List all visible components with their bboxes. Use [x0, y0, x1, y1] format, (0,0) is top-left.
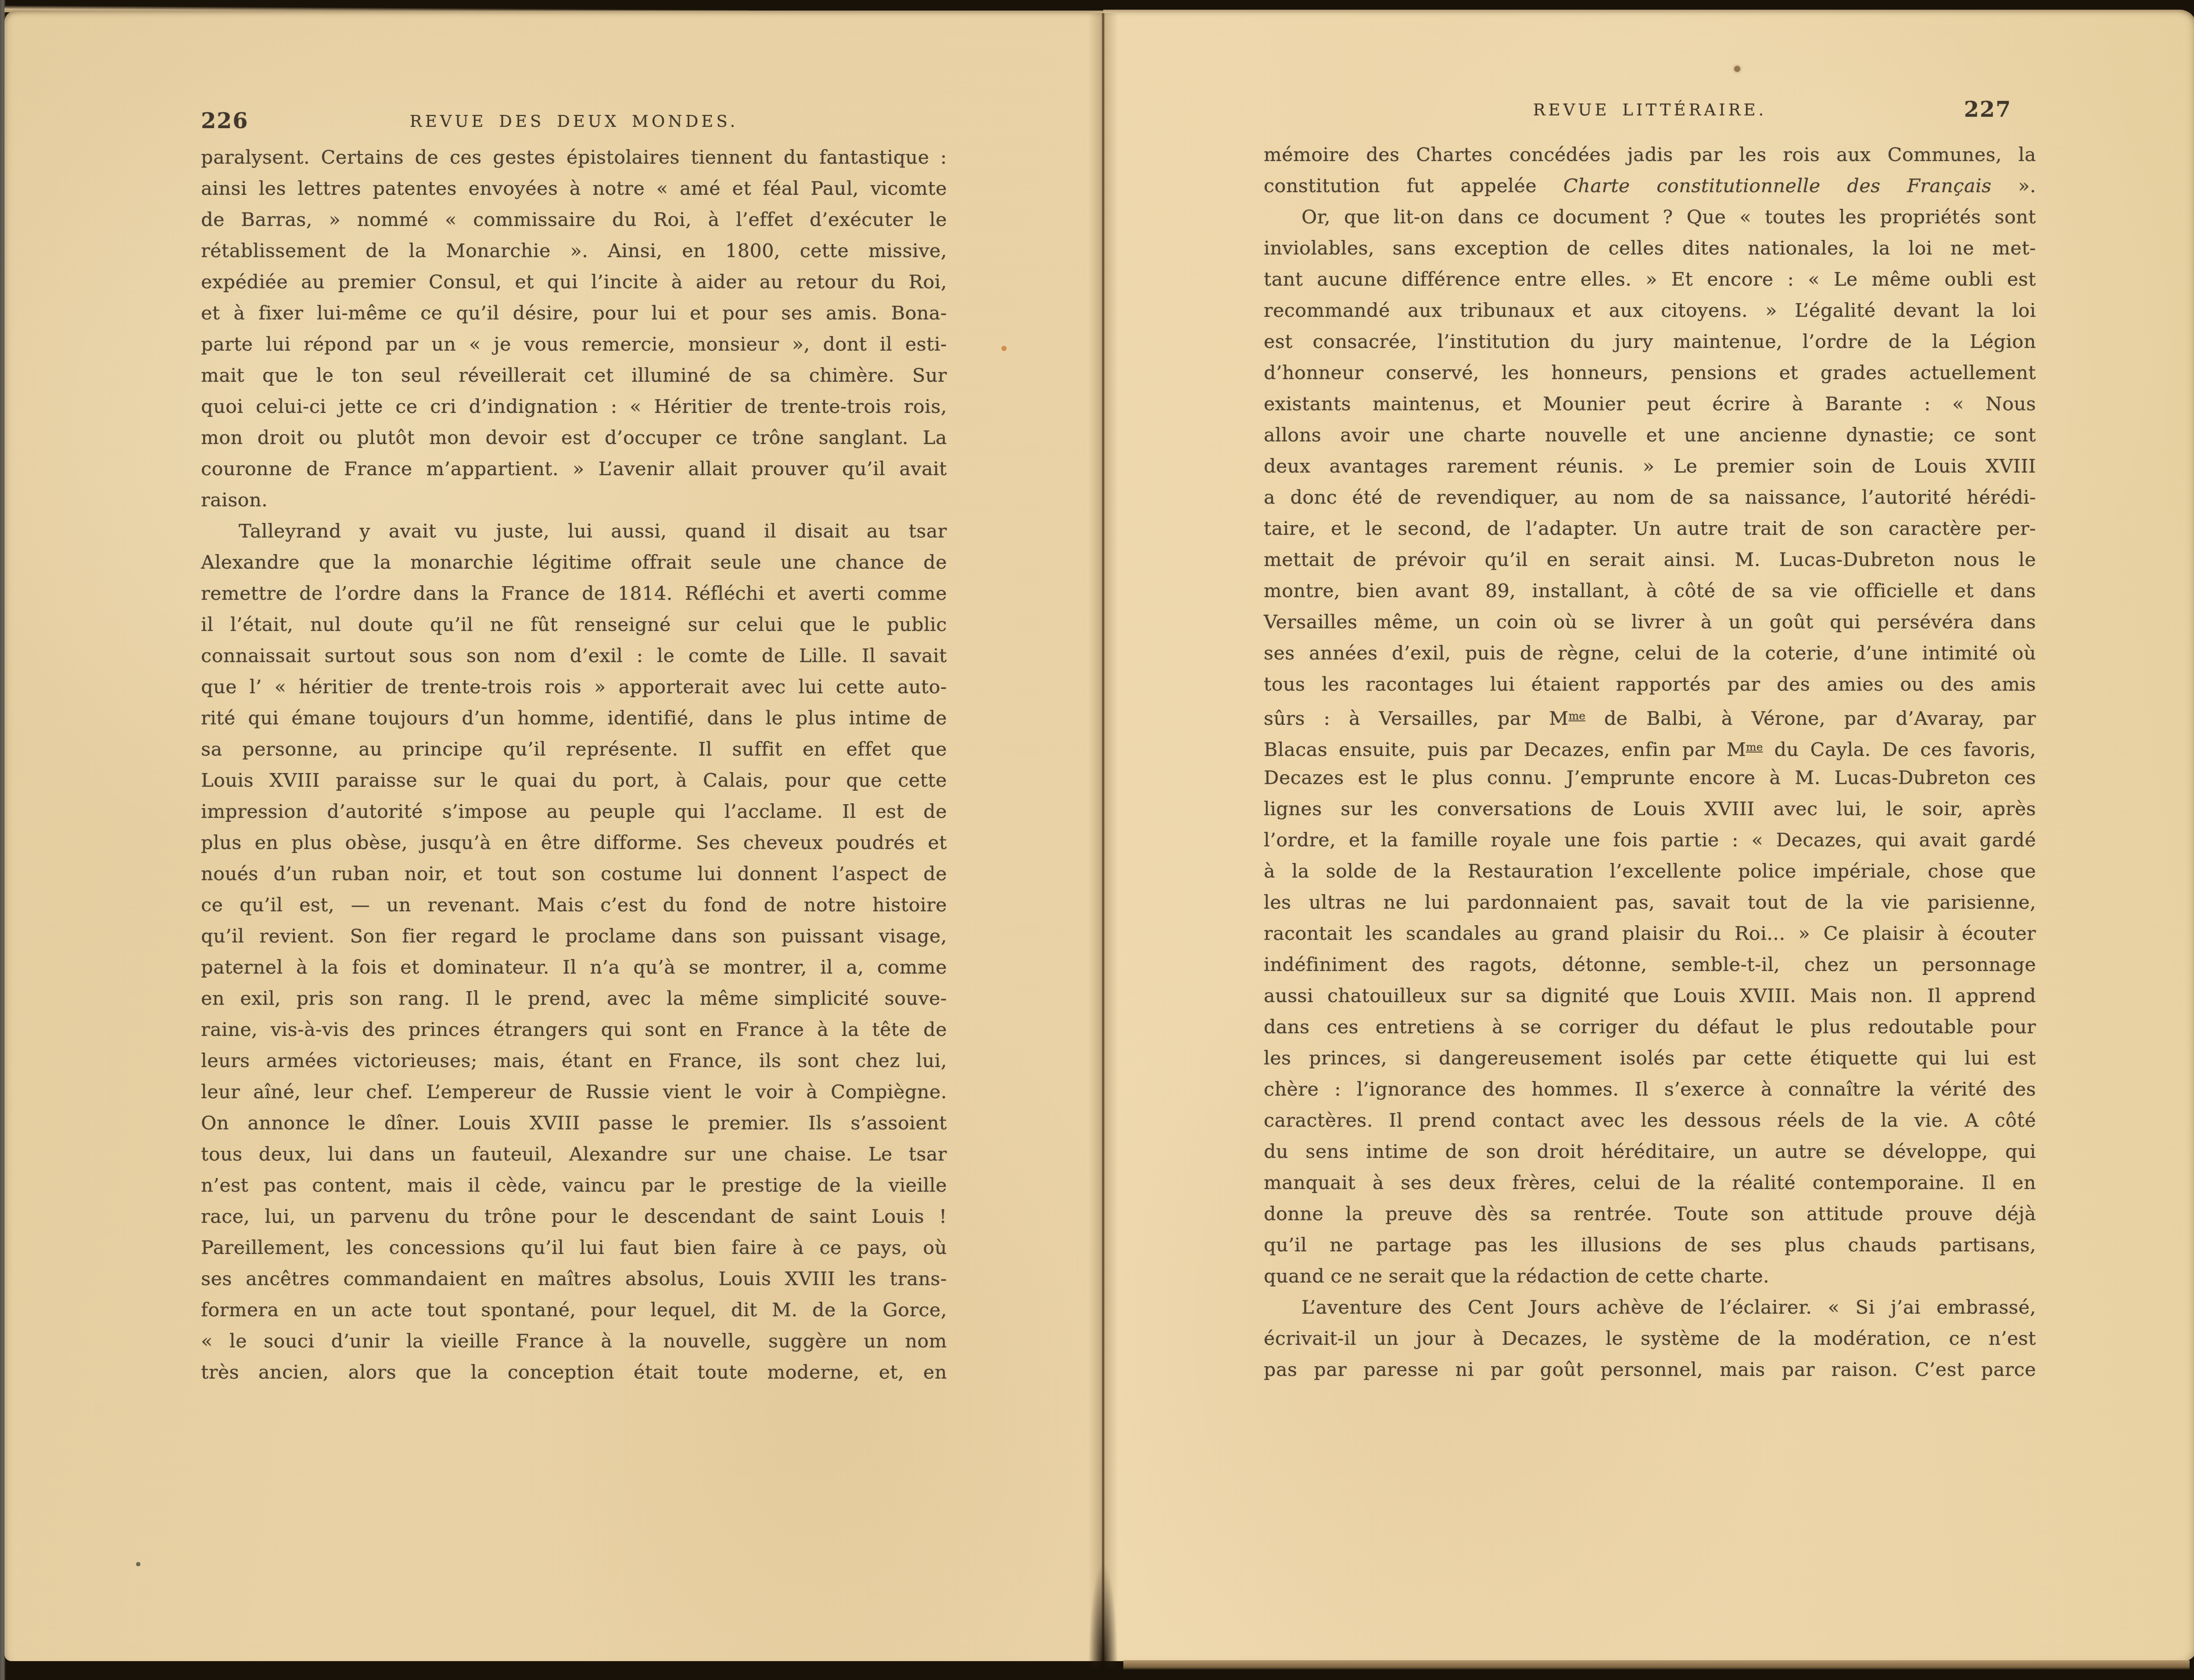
text-run: il l’était, nul doute qu’il ne fût rense…: [201, 614, 947, 636]
text-line: leur aîné, leur chef. L’empereur de Russ…: [201, 1077, 947, 1108]
text-run: Decazes est le plus connu. J’emprunte en…: [1264, 767, 2036, 789]
text-run: impression d’autorité s’impose au peuple…: [201, 801, 947, 823]
text-line: leurs armées victorieuses; mais, étant e…: [201, 1046, 947, 1077]
text-run: en exil, pris son rang. Il le prend, ave…: [201, 988, 947, 1010]
text-run: ainsi les lettres patentes envoyées à no…: [201, 178, 947, 200]
text-run: rétablissement de la Monarchie ». Ainsi,…: [201, 240, 947, 262]
text-run: leur aîné, leur chef. L’empereur de Russ…: [201, 1081, 947, 1103]
text-line: ses ancêtres commandaient en maîtres abs…: [201, 1264, 947, 1295]
text-line: montre, bien avant 89, installant, à côt…: [1264, 576, 2036, 607]
foxing-speck: [1734, 66, 1740, 72]
text-run: rité qui émane toujours d’un homme, iden…: [201, 707, 947, 729]
text-line: du sens intime de son droit héréditaire,…: [1264, 1136, 2036, 1168]
text-run: écrivait-il un jour à Decazes, le systèm…: [1264, 1328, 2036, 1350]
text-line: Alexandre que la monarchie légitime offr…: [201, 547, 947, 578]
text-line: Pareillement, les concessions qu’il lui …: [201, 1232, 947, 1264]
text-line: expédiée au premier Consul, et qui l’inc…: [201, 267, 947, 298]
text-line: rité qui émane toujours d’un homme, iden…: [201, 703, 947, 734]
text-line: Blacas ensuite, puis par Decazes, enfin …: [1264, 731, 2036, 763]
text-line: les princes, si dangereusement isolés pa…: [1264, 1043, 2036, 1074]
text-line: Talleyrand y avait vu juste, lui aussi, …: [201, 516, 947, 547]
text-run: a donc été de revendiquer, au nom de sa …: [1264, 487, 2036, 509]
text-line: qu’il ne partage pas les illusions de se…: [1264, 1230, 2036, 1261]
text-line: deux avantages rarement réunis. » Le pre…: [1264, 451, 2036, 482]
text-run: ce qu’il est, — un revenant. Mais c’est …: [201, 894, 947, 916]
text-run: de Barras, » nommé « commissaire du Roi,…: [201, 209, 947, 231]
text-run: parte lui répond par un « je vous remerc…: [201, 333, 947, 355]
text-line: les ultras ne lui pardonnaient pas, sava…: [1264, 887, 2036, 918]
text-run: et à fixer lui-même ce qu’il désire, pou…: [201, 302, 947, 324]
text-line: mait que le ton seul réveillerait cet il…: [201, 360, 947, 391]
text-line: On annonce le dîner. Louis XVIII passe l…: [201, 1108, 947, 1139]
text-run: aussi chatouilleux sur sa dignité que Lo…: [1264, 985, 2036, 1007]
text-run: Blacas ensuite, puis par Decazes, enfin …: [1264, 739, 1746, 761]
text-line: racontait les scandales au grand plaisir…: [1264, 918, 2036, 949]
text-line: à la solde de la Restauration l’excellen…: [1264, 856, 2036, 887]
running-title-left: REVUE DES DEUX MONDES.: [201, 112, 947, 131]
foxing-speck: [136, 1562, 140, 1566]
text-line: race, lui, un parvenu du trône pour le d…: [201, 1201, 947, 1232]
text-line: existants maintenus, et Mounier peut écr…: [1264, 389, 2036, 420]
text-line: sûrs : à Versailles, par Mme de Balbi, à…: [1264, 700, 2036, 731]
text-line: que l’ « héritier de trente-trois rois »…: [201, 672, 947, 703]
text-run: existants maintenus, et Mounier peut écr…: [1264, 393, 2036, 415]
text-run: Talleyrand y avait vu juste, lui aussi, …: [239, 520, 947, 542]
text-line: indéfiniment des ragots, détonne, semble…: [1264, 949, 2036, 981]
text-run: « le souci d’unir la vieille France à la…: [201, 1330, 947, 1352]
text-run: formera en un acte tout spontané, pour l…: [201, 1299, 947, 1321]
text-run: connaissait surtout sous son nom d’exil …: [201, 645, 947, 667]
text-line: aussi chatouilleux sur sa dignité que Lo…: [1264, 981, 2036, 1012]
text-line: mettait de prévoir qu’il en serait ainsi…: [1264, 544, 2036, 576]
book-photo: 226 REVUE DES DEUX MONDES. paralysent. C…: [0, 0, 2194, 1680]
text-run: quoi celui-ci jette ce cri d’indignation…: [201, 396, 947, 418]
text-run: noués d’un ruban noir, et tout son costu…: [201, 863, 947, 885]
text-run: Louis XVIII paraisse sur le quai du port…: [201, 770, 947, 792]
text-run: couronne de France m’appartient. » L’ave…: [201, 458, 947, 480]
text-run: On annonce le dîner. Louis XVIII passe l…: [201, 1112, 947, 1134]
text-line: Or, que lit-on dans ce document ? Que « …: [1264, 202, 2036, 233]
text-line: tant aucune différence entre elles. » Et…: [1264, 264, 2036, 295]
text-line: raison.: [201, 485, 947, 516]
text-run: constitution fut appelée: [1264, 175, 1563, 197]
text-line: ses années d’exil, puis de règne, celui …: [1264, 638, 2036, 669]
text-line: connaissait surtout sous son nom d’exil …: [201, 641, 947, 672]
text-run: les princes, si dangereusement isolés pa…: [1264, 1047, 2036, 1069]
text-run: l’ordre, et la famille royale une fois p…: [1264, 829, 2036, 851]
text-run: L’aventure des Cent Jours achève de l’éc…: [1301, 1297, 2036, 1318]
text-run: raison.: [201, 489, 268, 511]
text-line: plus en plus obèse, jusqu’à en être diff…: [201, 827, 947, 859]
text-line: impression d’autorité s’impose au peuple…: [201, 796, 947, 827]
text-line: recommandé aux tribunaux et aux citoyens…: [1264, 295, 2036, 326]
stacked-page-edges-bottom: [1123, 1660, 2190, 1670]
book-gutter: [1088, 13, 1118, 1667]
text-run: deux avantages rarement réunis. » Le pre…: [1264, 455, 2036, 477]
text-run: du Cayla. De ces favoris,: [1763, 739, 2036, 761]
text-run: pas par paresse ni par goût personnel, m…: [1264, 1359, 2036, 1381]
text-line: « le souci d’unir la vieille France à la…: [201, 1326, 947, 1357]
text-run: très ancien, alors que la conception éta…: [201, 1361, 947, 1383]
text-line: mémoire des Chartes concédées jadis par …: [1264, 140, 2036, 171]
text-line: très ancien, alors que la conception éta…: [201, 1357, 947, 1388]
text-run: de Balbi, à Vérone, par d’Avaray, par: [1585, 708, 2036, 730]
text-run: qu’il ne partage pas les illusions de se…: [1264, 1234, 2036, 1256]
text-line: mon droit ou plutôt mon devoir est d’occ…: [201, 423, 947, 454]
left-page: 226 REVUE DES DEUX MONDES. paralysent. C…: [4, 11, 1103, 1661]
text-run: montre, bien avant 89, installant, à côt…: [1264, 580, 2036, 602]
running-title-right: REVUE LITTÉRAIRE.: [1264, 100, 2036, 119]
text-run: caractères. Il prend contact avec les de…: [1264, 1110, 2036, 1132]
text-line: inviolables, sans exception de celles di…: [1264, 233, 2036, 264]
text-line: qu’il revient. Son fier regard le procla…: [201, 921, 947, 952]
text-run: ».: [1992, 175, 2036, 197]
text-line: donne la preuve dès sa rentrée. Toute so…: [1264, 1199, 2036, 1230]
text-run: paternel à la fois et dominateur. Il n’a…: [201, 956, 947, 978]
text-run: tous deux, lui dans un fauteuil, Alexand…: [201, 1143, 947, 1165]
text-run: allons avoir une charte nouvelle et une …: [1264, 424, 2036, 446]
text-run: sûrs : à Versailles, par M: [1264, 708, 1569, 730]
text-line: L’aventure des Cent Jours achève de l’éc…: [1264, 1292, 2036, 1323]
text-line: allons avoir une charte nouvelle et une …: [1264, 420, 2036, 451]
text-line: tous les racontages lui étaient rapporté…: [1264, 669, 2036, 700]
text-line: constitution fut appelée Charte constitu…: [1264, 171, 2036, 202]
text-line: ainsi les lettres patentes envoyées à no…: [201, 173, 947, 204]
text-run: race, lui, un parvenu du trône pour le d…: [201, 1206, 947, 1228]
text-line: dans ces entretiens à se corriger du déf…: [1264, 1012, 2036, 1043]
text-line: chère : l’ignorance des hommes. Il s’exe…: [1264, 1074, 2036, 1105]
text-run: taire, et le second, de l’adapter. Un au…: [1264, 518, 2036, 540]
text-line: Decazes est le plus connu. J’emprunte en…: [1264, 763, 2036, 794]
text-run: mettait de prévoir qu’il en serait ainsi…: [1264, 549, 2036, 571]
left-running-head: 226 REVUE DES DEUX MONDES.: [201, 108, 947, 139]
text-run: Pareillement, les concessions qu’il lui …: [201, 1237, 947, 1259]
text-line: Versailles même, un coin où se livrer à …: [1264, 607, 2036, 638]
text-line: sa personne, au principe qu’il représent…: [201, 734, 947, 765]
text-line: et à fixer lui-même ce qu’il désire, pou…: [201, 298, 947, 329]
text-run: n’est pas content, mais il cède, vaincu …: [201, 1175, 947, 1196]
text-line: taire, et le second, de l’adapter. Un au…: [1264, 513, 2036, 544]
text-line: manquait à ses deux frères, celui de la …: [1264, 1168, 2036, 1199]
text-line: écrivait-il un jour à Decazes, le systèm…: [1264, 1323, 2036, 1354]
superscript-text: me: [1746, 741, 1763, 753]
text-line: l’ordre, et la famille royale une fois p…: [1264, 825, 2036, 856]
text-line: d’honneur conservé, les honneurs, pensio…: [1264, 358, 2036, 389]
foxing-speck: [1001, 346, 1007, 351]
text-line: raine, vis-à-vis des princes étrangers q…: [201, 1014, 947, 1046]
text-line: quand ce ne serait que la rédaction de c…: [1264, 1261, 2036, 1292]
text-run: quand ce ne serait que la rédaction de c…: [1264, 1265, 1769, 1287]
superscript-text: me: [1569, 709, 1585, 722]
text-run: indéfiniment des ragots, détonne, semble…: [1264, 954, 2036, 976]
text-run: dans ces entretiens à se corriger du déf…: [1264, 1016, 2036, 1038]
text-line: de Barras, » nommé « commissaire du Roi,…: [201, 204, 947, 236]
page-number-right: 227: [1964, 97, 2011, 122]
left-text-column: paralysent. Certains de ces gestes épist…: [201, 142, 947, 1388]
text-line: formera en un acte tout spontané, pour l…: [201, 1295, 947, 1326]
text-run: que l’ « héritier de trente-trois rois »…: [201, 676, 947, 698]
text-run: mon droit ou plutôt mon devoir est d’occ…: [201, 427, 947, 449]
text-run: mait que le ton seul réveillerait cet il…: [201, 365, 947, 387]
text-line: remettre de l’ordre dans la France de 18…: [201, 578, 947, 609]
text-line: rétablissement de la Monarchie ». Ainsi,…: [201, 236, 947, 267]
text-run: donne la preuve dès sa rentrée. Toute so…: [1264, 1203, 2036, 1225]
right-page: REVUE LITTÉRAIRE. 227 mémoire des Charte…: [1103, 10, 2194, 1661]
text-run: lignes sur les conversations de Louis XV…: [1264, 798, 2036, 820]
text-run: paralysent. Certains de ces gestes épist…: [201, 147, 947, 168]
text-run: leurs armées victorieuses; mais, étant e…: [201, 1050, 947, 1072]
text-run: Alexandre que la monarchie légitime offr…: [201, 552, 947, 573]
text-run: expédiée au premier Consul, et qui l’inc…: [201, 271, 947, 293]
text-run: recommandé aux tribunaux et aux citoyens…: [1264, 300, 2036, 322]
text-run: qu’il revient. Son fier regard le procla…: [201, 925, 947, 947]
text-run: remettre de l’ordre dans la France de 18…: [201, 583, 947, 605]
text-run: ses ancêtres commandaient en maîtres abs…: [201, 1268, 947, 1290]
text-line: n’est pas content, mais il cède, vaincu …: [201, 1170, 947, 1201]
text-run: tant aucune différence entre elles. » Et…: [1264, 269, 2036, 290]
text-run: tous les racontages lui étaient rapporté…: [1264, 673, 2036, 695]
text-run: est consacrée, l’institution du jury mai…: [1264, 331, 2036, 353]
text-run: sa personne, au principe qu’il représent…: [201, 738, 947, 760]
text-line: parte lui répond par un « je vous remerc…: [201, 329, 947, 360]
text-line: paternel à la fois et dominateur. Il n’a…: [201, 952, 947, 983]
text-run: du sens intime de son droit héréditaire,…: [1264, 1141, 2036, 1163]
right-running-head: REVUE LITTÉRAIRE. 227: [1264, 97, 2036, 127]
text-run: manquait à ses deux frères, celui de la …: [1264, 1172, 2036, 1194]
text-run: Or, que lit-on dans ce document ? Que « …: [1301, 206, 2036, 228]
text-line: en exil, pris son rang. Il le prend, ave…: [201, 983, 947, 1014]
text-line: noués d’un ruban noir, et tout son costu…: [201, 859, 947, 890]
text-run: inviolables, sans exception de celles di…: [1264, 237, 2036, 259]
text-line: lignes sur les conversations de Louis XV…: [1264, 794, 2036, 825]
text-run: racontait les scandales au grand plaisir…: [1264, 923, 2036, 945]
text-line: pas par paresse ni par goût personnel, m…: [1264, 1354, 2036, 1386]
text-line: ce qu’il est, — un revenant. Mais c’est …: [201, 890, 947, 921]
text-run: mémoire des Chartes concédées jadis par …: [1264, 144, 2036, 166]
text-line: paralysent. Certains de ces gestes épist…: [201, 142, 947, 173]
text-run: les ultras ne lui pardonnaient pas, sava…: [1264, 892, 2036, 913]
text-run: raine, vis-à-vis des princes étrangers q…: [201, 1019, 947, 1041]
text-line: Louis XVIII paraisse sur le quai du port…: [201, 765, 947, 796]
text-run: ses années d’exil, puis de règne, celui …: [1264, 642, 2036, 664]
right-text-column: mémoire des Chartes concédées jadis par …: [1264, 140, 2036, 1386]
text-line: est consacrée, l’institution du jury mai…: [1264, 326, 2036, 358]
text-line: il l’était, nul doute qu’il ne fût rense…: [201, 609, 947, 641]
text-run: chère : l’ignorance des hommes. Il s’exe…: [1264, 1078, 2036, 1100]
text-run: plus en plus obèse, jusqu’à en être diff…: [201, 832, 947, 854]
text-run: à la solde de la Restauration l’excellen…: [1264, 860, 2036, 882]
italic-text: Charte constitutionnelle des Français: [1563, 175, 1992, 197]
text-line: caractères. Il prend contact avec les de…: [1264, 1105, 2036, 1136]
text-line: couronne de France m’appartient. » L’ave…: [201, 454, 947, 485]
text-line: a donc été de revendiquer, au nom de sa …: [1264, 482, 2036, 513]
text-line: quoi celui-ci jette ce cri d’indignation…: [201, 391, 947, 423]
text-line: tous deux, lui dans un fauteuil, Alexand…: [201, 1139, 947, 1170]
text-run: d’honneur conservé, les honneurs, pensio…: [1264, 362, 2036, 384]
text-run: Versailles même, un coin où se livrer à …: [1264, 611, 2036, 633]
